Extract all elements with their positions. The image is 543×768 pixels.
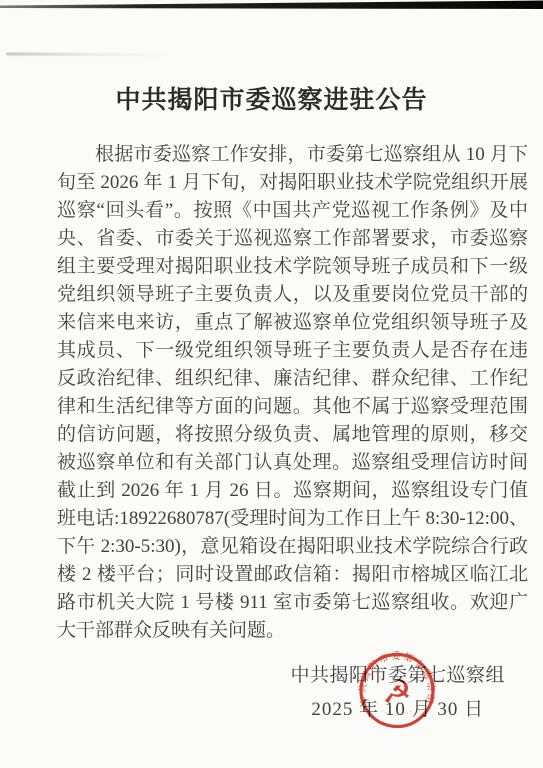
body-line: 党组织领导班子主要负责人，以及重要岗位党员干部的 [57, 281, 528, 309]
body-line: 来信来电来访，重点了解被巡察单位党组织领导班子及 [57, 309, 528, 337]
scanner-edge-artifact [0, 0, 543, 12]
scanned-notice-page: 中共揭阳市委巡察进驻公告 根据市委巡察工作安排，市委第七巡察组从 10 月下 旬… [0, 0, 543, 768]
body-line: 旬至 2026 年 1 月下旬，对揭阳职业技术学院党组织开展 [57, 169, 528, 197]
scan-smudge-artifact [6, 52, 171, 56]
notice-title: 中共揭阳市委巡察进驻公告 [36, 80, 507, 116]
official-seal: 中共揭阳市委第七巡察组 ☭ ·········· [357, 651, 437, 731]
body-line: 巡察“回头看”。按照《中国共产党巡视工作条例》及中 [57, 197, 528, 225]
body-line: 组主要受理对揭阳职业技术学院领导班子成员和下一级 [57, 253, 528, 281]
body-line: 央、省委、市委关于巡视巡察工作部署要求，市委巡察 [57, 225, 528, 253]
body-line: 反政治纪律、组织纪律、廉洁纪律、群众纪律、工作纪 [57, 365, 528, 393]
body-line: 截止到 2026 年 1 月 26 日。巡察期间，巡察组设专门值 [57, 477, 528, 505]
body-line: 其成员、下一级党组织领导班子主要负责人是否存在违 [57, 337, 528, 365]
body-line: 楼 2 楼平台；同时设置邮政信箱：揭阳市榕城区临江北 [57, 561, 528, 589]
body-line: 被巡察单位和有关部门认真处理。巡察组受理信访时间 [57, 449, 528, 477]
body-line: 下午 2:30-5:30)，意见箱设在揭阳职业技术学院综合行政 [57, 533, 528, 561]
body-line: 班电话:18922680787(受理时间为工作日上午 8:30-12:00、 [57, 505, 528, 533]
body-line: 的信访问题，将按照分级负责、属地管理的原则，移交 [57, 421, 528, 449]
body-line: 大干部群众反映有关问题。 [57, 617, 528, 645]
body-line: 路市机关大院 1 号楼 911 室市委第七巡察组收。欢迎广 [57, 589, 528, 617]
hammer-sickle-icon: ☭ [382, 672, 412, 711]
body-line: 根据市委巡察工作安排，市委第七巡察组从 10 月下 [57, 141, 528, 169]
body-line: 律和生活纪律等方面的问题。其他不属于巡察受理范围 [57, 393, 528, 421]
notice-body: 根据市委巡察工作安排，市委第七巡察组从 10 月下 旬至 2026 年 1 月下… [57, 141, 528, 645]
